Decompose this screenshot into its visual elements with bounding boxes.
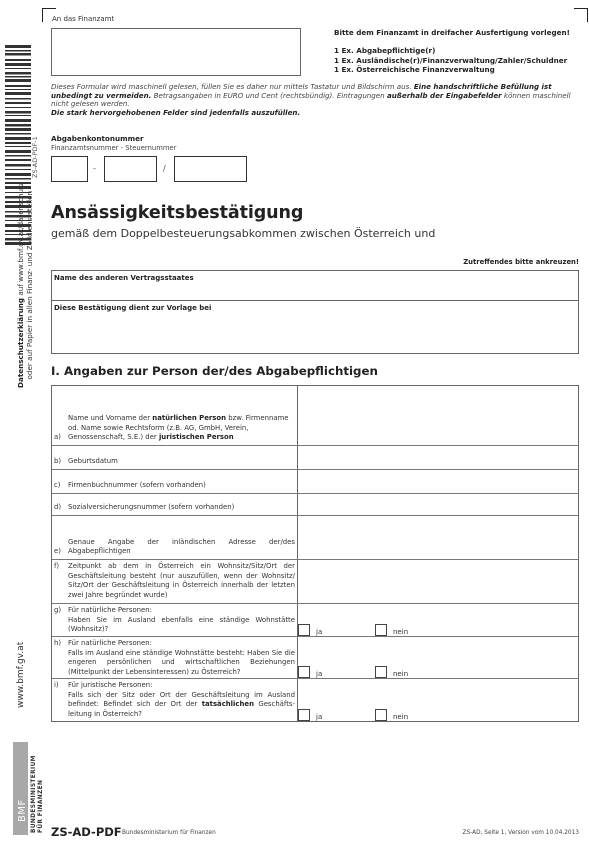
row-label: e)Genaue Angabe der inländischen Adresse… — [52, 516, 298, 559]
row-key: d) — [54, 503, 68, 513]
row-text: Sozialversicherungsnummer (sofern vorhan… — [68, 503, 295, 513]
row-text: Geburtsdatum — [68, 457, 295, 467]
row-label: f)Zeitpunkt ab dem in Österreich ein Woh… — [52, 560, 298, 603]
row-label: c)Firmenbuchnummer (sofern vorhanden) — [52, 470, 298, 493]
bmf-url-link[interactable]: www.bmf.gv.at — [16, 642, 26, 708]
page-subtitle: gemäß dem Doppelbesteuerungsabkommen zwi… — [51, 227, 435, 240]
row-text: Name und Vorname der — [68, 414, 152, 422]
finanzamtsnummer-field[interactable] — [51, 156, 88, 182]
section-title: I. Angaben zur Person der/des Abgabepfli… — [51, 364, 378, 378]
row-key: b) — [54, 457, 68, 467]
no-checkbox[interactable] — [375, 624, 387, 636]
check-instruction: Zutreffendes bitte ankreuzen! — [463, 258, 579, 266]
row-key: c) — [54, 481, 68, 491]
answer-cell: ja nein — [298, 679, 578, 721]
konto-separator-slash: / — [163, 164, 166, 173]
barcode-code: ZS-AD-PDF-1 — [31, 136, 39, 178]
privacy-text: oder auf Papier in allen Finanz- und Zol… — [25, 182, 34, 388]
no-label: nein — [393, 628, 408, 636]
copies-instructions: Bitte dem Finanzamt in dreifacher Ausfer… — [334, 28, 570, 74]
version-info: ZS-AD, Seite 1, Version vom 10.04.2013 — [463, 830, 579, 836]
treaty-state-field[interactable]: Name des anderen Vertragsstaates — [52, 271, 578, 301]
row-key: g) — [54, 606, 68, 616]
no-label: nein — [393, 713, 408, 721]
notice-text: Dieses Formular wird maschinell gelesen,… — [51, 82, 414, 91]
konto-separator-dash: - — [93, 164, 96, 173]
notice-required-fields: Die stark hervorgehobenen Felder sind je… — [51, 108, 300, 117]
yes-label: ja — [316, 628, 322, 636]
row-text: Für natürliche Personen: — [68, 639, 152, 647]
yes-checkbox[interactable] — [298, 624, 310, 636]
ministry-name: BUNDESMINISTERIUM FÜR FINANZEN — [31, 755, 44, 833]
form-notice: Dieses Formular wird maschinell gelesen,… — [51, 83, 586, 118]
row-label: h)Für natürliche Personen:Falls im Ausla… — [52, 637, 298, 678]
row-text-bold: tatsächlichen — [202, 700, 254, 708]
answer-cell: ja nein — [298, 604, 578, 636]
privacy-title: Datenschutzerklärung — [16, 298, 25, 388]
no-option[interactable]: nein — [375, 709, 408, 721]
row-text: Falls im Ausland eine ständige Wohnstätt… — [68, 649, 295, 676]
row-label: a) Name und Vorname der natürlichen Pers… — [52, 386, 298, 445]
yes-option[interactable]: ja — [298, 709, 322, 721]
yes-option[interactable]: ja — [298, 666, 322, 678]
form-publisher: Bundesministerium für Finanzen — [122, 830, 216, 836]
copy-item: 1 Ex. Abgabepflichtige(r) — [334, 46, 570, 55]
konto-label: Abgabenkontonummer — [51, 134, 144, 143]
row-label: i)Für juristische Personen:Falls sich de… — [52, 679, 298, 721]
table-row: c)Firmenbuchnummer (sofern vorhanden) — [52, 470, 578, 494]
row-text: Für natürliche Personen: — [68, 606, 152, 614]
yes-label: ja — [316, 670, 322, 678]
privacy-link[interactable]: auf www.bmf.gv.at/datenschutz — [16, 182, 25, 298]
birthdate-field[interactable] — [298, 446, 578, 469]
row-key: e) — [54, 547, 68, 557]
person-table: a) Name und Vorname der natürlichen Pers… — [51, 385, 579, 722]
row-key: f) — [54, 562, 68, 572]
treaty-state-box: Name des anderen Vertragsstaates Diese B… — [51, 270, 579, 354]
row-text-bold: natürlichen Person — [152, 414, 226, 422]
table-row: g)Für natürliche Personen:Haben Sie im A… — [52, 604, 578, 637]
yes-label: ja — [316, 713, 322, 721]
bmf-logo-text: BMF — [17, 799, 28, 822]
row-text: Zeitpunkt ab dem in Österreich ein Wohns… — [68, 562, 295, 600]
row-key: a) — [54, 433, 68, 443]
ministry-line: BUNDESMINISTERIUM — [31, 755, 38, 833]
finanzamt-label: An das Finanzamt — [52, 15, 114, 23]
notice-text: Betragsangaben in EURO und Cent (rechtsb… — [151, 91, 387, 100]
konto-sublabel: Finanzamtsnummer - Steuernummer — [51, 144, 176, 152]
table-row: h)Für natürliche Personen:Falls im Ausla… — [52, 637, 578, 679]
yes-option[interactable]: ja — [298, 624, 322, 636]
form-code: ZS-AD-PDF — [51, 825, 122, 839]
row-key: h) — [54, 639, 68, 649]
treaty-state-label: Name des anderen Vertragsstaates — [54, 274, 194, 282]
presentation-authority-field[interactable]: Diese Bestätigung dient zur Vorlage bei — [52, 301, 578, 315]
copy-item: 1 Ex. Österreichische Finanzverwaltung — [334, 65, 570, 74]
social-security-field[interactable] — [298, 494, 578, 515]
row-key: i) — [54, 681, 68, 691]
no-checkbox[interactable] — [375, 666, 387, 678]
steuernummer-part1-field[interactable] — [104, 156, 157, 182]
presentation-authority-label: Diese Bestätigung dient zur Vorlage bei — [54, 304, 211, 312]
yes-checkbox[interactable] — [298, 666, 310, 678]
notice-bold: außerhalb der Eingabefelder — [387, 91, 502, 100]
table-row: e)Genaue Angabe der inländischen Adresse… — [52, 516, 578, 560]
yes-checkbox[interactable] — [298, 709, 310, 721]
table-row: f)Zeitpunkt ab dem in Österreich ein Woh… — [52, 560, 578, 604]
finanzamt-field[interactable] — [51, 28, 301, 76]
copies-heading: Bitte dem Finanzamt in dreifacher Ausfer… — [334, 28, 570, 37]
ministry-line: FÜR FINANZEN — [38, 755, 45, 833]
table-row: b)Geburtsdatum — [52, 446, 578, 470]
corner-mark-top-right — [574, 8, 588, 22]
table-row: d)Sozialversicherungsnummer (sofern vorh… — [52, 494, 578, 516]
row-label: b)Geburtsdatum — [52, 446, 298, 469]
row-text: Haben Sie im Ausland ebenfalls eine stän… — [68, 616, 295, 634]
no-checkbox[interactable] — [375, 709, 387, 721]
row-label: g)Für natürliche Personen:Haben Sie im A… — [52, 604, 298, 636]
table-row: a) Name und Vorname der natürlichen Pers… — [52, 386, 578, 446]
name-field[interactable] — [298, 386, 578, 445]
table-row: i)Für juristische Personen:Falls sich de… — [52, 679, 578, 721]
no-option[interactable]: nein — [375, 666, 408, 678]
copy-item: 1 Ex. Ausländische(r)/Finanzverwaltung/Z… — [334, 56, 570, 65]
no-label: nein — [393, 670, 408, 678]
row-text: Für juristische Personen: — [68, 681, 152, 689]
steuernummer-part2-field[interactable] — [174, 156, 247, 182]
no-option[interactable]: nein — [375, 624, 408, 636]
answer-cell: ja nein — [298, 637, 578, 678]
company-register-field[interactable] — [298, 470, 578, 493]
privacy-notice: Datenschutzerklärung auf www.bmf.gv.at/d… — [16, 182, 34, 388]
address-field[interactable] — [298, 516, 578, 559]
row-text: Firmenbuchnummer (sofern vorhanden) — [68, 481, 295, 491]
row-text-bold: juristischen Person — [159, 433, 234, 441]
row-text: Genaue Angabe der inländischen Adresse d… — [68, 538, 295, 557]
residence-since-field[interactable] — [298, 560, 578, 603]
row-label: d)Sozialversicherungsnummer (sofern vorh… — [52, 494, 298, 515]
page-title: Ansässigkeitsbestätigung — [51, 203, 303, 223]
